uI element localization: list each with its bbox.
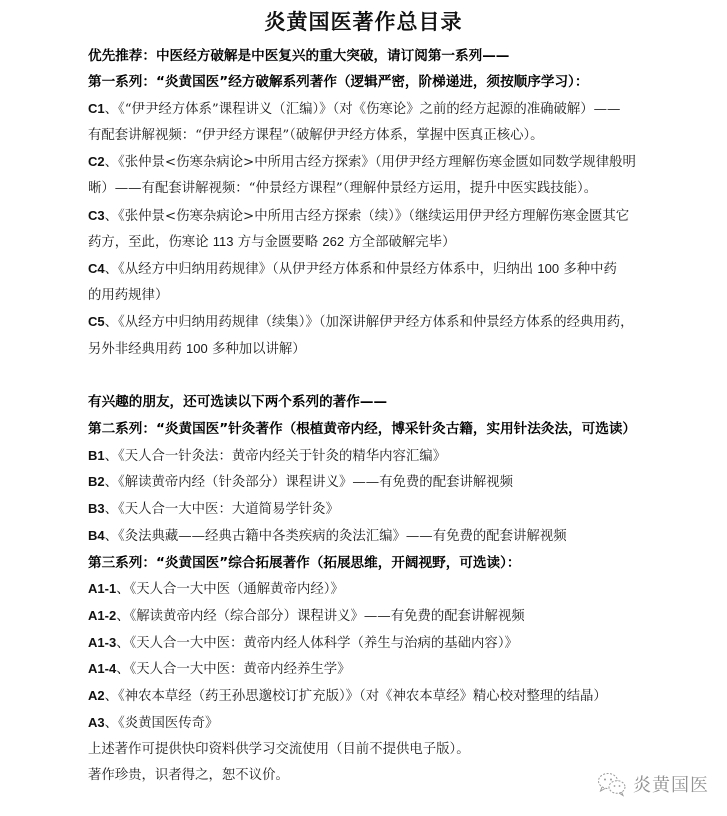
wechat-watermark: 炎黄国医 [597, 771, 709, 797]
series1-item-c4-line2: 的用药规律） [88, 287, 168, 305]
item-text: 、《神农本草经（药王孙思邈校订扩充版）》（对《神农本草经》精心校对整理的结晶） [105, 689, 607, 704]
series3-heading: 第三系列：“炎黄国医”综合拓展著作（拓展思维，开阔视野，可选读）： [88, 554, 520, 572]
item-text: 、《张仲景<伤寒杂病论>中所用古经方探索》（用伊尹经方理解伤寒金匮如同数学规律般… [105, 155, 636, 170]
item-code: A1-4 [88, 661, 116, 676]
item-text: 、《从经方中归纳用药规律（续集）》（加深讲解伊尹经方体系和仲景经方体系的经典用药… [105, 315, 634, 330]
intro-recommendation: 优先推荐：中医经方破解是中医复兴的重大突破，请订阅第一系列—— [88, 47, 509, 65]
series2-item-b1: B1、《天人合一针灸法：黄帝内经关于针灸的精华内容汇编》 [88, 447, 446, 466]
text-segment: 方与金匮要略 [234, 235, 323, 250]
item-text: 、《天人合一大中医（通解黄帝内经）》 [116, 582, 344, 597]
series3-item-a3: A3、《炎黄国医传奇》 [88, 714, 218, 733]
series1-item-c3-line2: 药方，至此，伤寒论 113 方与金匮要略 262 方全部破解完毕） [88, 233, 455, 252]
series1-heading: 第一系列：“炎黄国医”经方破解系列著作（逻辑严密，阶梯递进，须按顺序学习）： [88, 73, 588, 91]
series1-item-c5-line2: 另外非经典用药 100 多种加以讲解） [88, 340, 306, 359]
item-code: B3 [88, 501, 105, 516]
number: 100 [537, 261, 559, 276]
watermark-text: 炎黄国医 [633, 771, 709, 797]
item-code: A2 [88, 688, 105, 703]
footer-note-price: 著作珍贵，识者得之，恕不议价。 [88, 767, 289, 785]
item-text: 、《天人合一针灸法：黄帝内经关于针灸的精华内容汇编》 [105, 449, 446, 464]
text-segment: 、《从经方中归纳用药规律》（从伊尹经方体系和仲景经方体系中，归纳出 [105, 262, 538, 277]
item-text: 、《天人合一大中医：大道简易学针灸》 [105, 502, 339, 517]
item-code: C4 [88, 261, 105, 276]
item-code: B4 [88, 528, 105, 543]
item-text: 、《解读黄帝内经（针灸部分）课程讲义》——有免费的配套讲解视频 [105, 475, 513, 490]
item-text: 、《解读黄帝内经（综合部分）课程讲义》——有免费的配套讲解视频 [116, 609, 524, 624]
item-text: 、《“伊尹经方体系”课程讲义（汇编）》（对《伤寒论》之前的经方起源的准确破解）—… [105, 102, 621, 117]
item-text: 、《天人合一大中医：黄帝内经养生学》 [116, 662, 350, 677]
wechat-icon [597, 771, 627, 797]
series3-item-a1-1: A1-1、《天人合一大中医（通解黄帝内经）》 [88, 580, 344, 599]
item-code: A1-2 [88, 608, 116, 623]
item-text: 、《张仲景<伤寒杂病论>中所用古经方探索（续）》（继续运用伊尹经方理解伤寒金匮其… [105, 209, 630, 224]
item-code: C2 [88, 154, 105, 169]
series1-item-c2-line1: C2、《张仲景<伤寒杂病论>中所用古经方探索》（用伊尹经方理解伤寒金匮如同数学规… [88, 153, 636, 172]
series2-heading: 第二系列：“炎黄国医”针灸著作（根植黄帝内经，博采针灸古籍，实用针法灸法，可选读… [88, 420, 636, 438]
series3-item-a1-2: A1-2、《解读黄帝内经（综合部分）课程讲义》——有免费的配套讲解视频 [88, 607, 525, 626]
item-text: 、《天人合一大中医：黄帝内经人体科学（养生与治病的基础内容）》 [116, 636, 518, 651]
text-segment: 多种中药 [559, 262, 617, 277]
series3-item-a1-4: A1-4、《天人合一大中医：黄帝内经养生学》 [88, 660, 351, 679]
footer-note-copies: 上述著作可提供快印资料供学习交流使用（目前不提供电子版）。 [88, 741, 470, 759]
item-code: A1-1 [88, 581, 116, 596]
series1-item-c5-line1: C5、《从经方中归纳用药规律（续集）》（加深讲解伊尹经方体系和仲景经方体系的经典… [88, 313, 634, 332]
series2-item-b3: B3、《天人合一大中医：大道简易学针灸》 [88, 500, 339, 519]
item-code: A3 [88, 715, 105, 730]
series3-item-a2: A2、《神农本草经（药王孙思邈校订扩充版）》（对《神农本草经》精心校对整理的结晶… [88, 687, 607, 706]
text-segment: 多种加以讲解） [208, 342, 306, 357]
text-segment: 方全部破解完毕） [344, 235, 455, 250]
series1-item-c1-line1: C1、《“伊尹经方体系”课程讲义（汇编）》（对《伤寒论》之前的经方起源的准确破解… [88, 100, 620, 119]
item-text: 、《炎黄国医传奇》 [105, 716, 219, 731]
number: 262 [322, 234, 344, 249]
text-segment: 药方，至此，伤寒论 [88, 235, 213, 250]
item-code: B2 [88, 474, 105, 489]
series2-item-b2: B2、《解读黄帝内经（针灸部分）课程讲义》——有免费的配套讲解视频 [88, 473, 513, 492]
item-text: 、《灸法典藏——经典古籍中各类疾病的灸法汇编》——有免费的配套讲解视频 [105, 529, 567, 544]
optional-intro: 有兴趣的朋友，还可选读以下两个系列的著作—— [88, 393, 387, 411]
text-segment: 另外非经典用药 [88, 342, 186, 357]
series2-item-b4: B4、《灸法典藏——经典古籍中各类疾病的灸法汇编》——有免费的配套讲解视频 [88, 527, 567, 546]
number: 100 [186, 341, 208, 356]
document-title: 炎黄国医著作总目录 [0, 6, 727, 36]
series1-item-c4-line1: C4、《从经方中归纳用药规律》（从伊尹经方体系和仲景经方体系中，归纳出 100 … [88, 260, 617, 279]
series1-item-c2-line2: 晰）——有配套讲解视频：“仲景经方课程”（理解仲景经方运用，提升中医实践技能）。 [88, 180, 597, 198]
series1-item-c3-line1: C3、《张仲景<伤寒杂病论>中所用古经方探索（续）》（继续运用伊尹经方理解伤寒金… [88, 207, 629, 226]
item-code: C3 [88, 208, 105, 223]
series3-item-a1-3: A1-3、《天人合一大中医：黄帝内经人体科学（养生与治病的基础内容）》 [88, 634, 518, 653]
item-code: C5 [88, 314, 105, 329]
item-code: C1 [88, 101, 105, 116]
document-page: 炎黄国医著作总目录 优先推荐：中医经方破解是中医复兴的重大突破，请订阅第一系列—… [0, 0, 727, 816]
series1-item-c1-line2: 有配套讲解视频：“伊尹经方课程”（破解伊尹经方体系，掌握中医真正核心）。 [88, 127, 544, 145]
item-code: A1-3 [88, 635, 116, 650]
item-code: B1 [88, 448, 105, 463]
number: 113 [213, 234, 234, 249]
